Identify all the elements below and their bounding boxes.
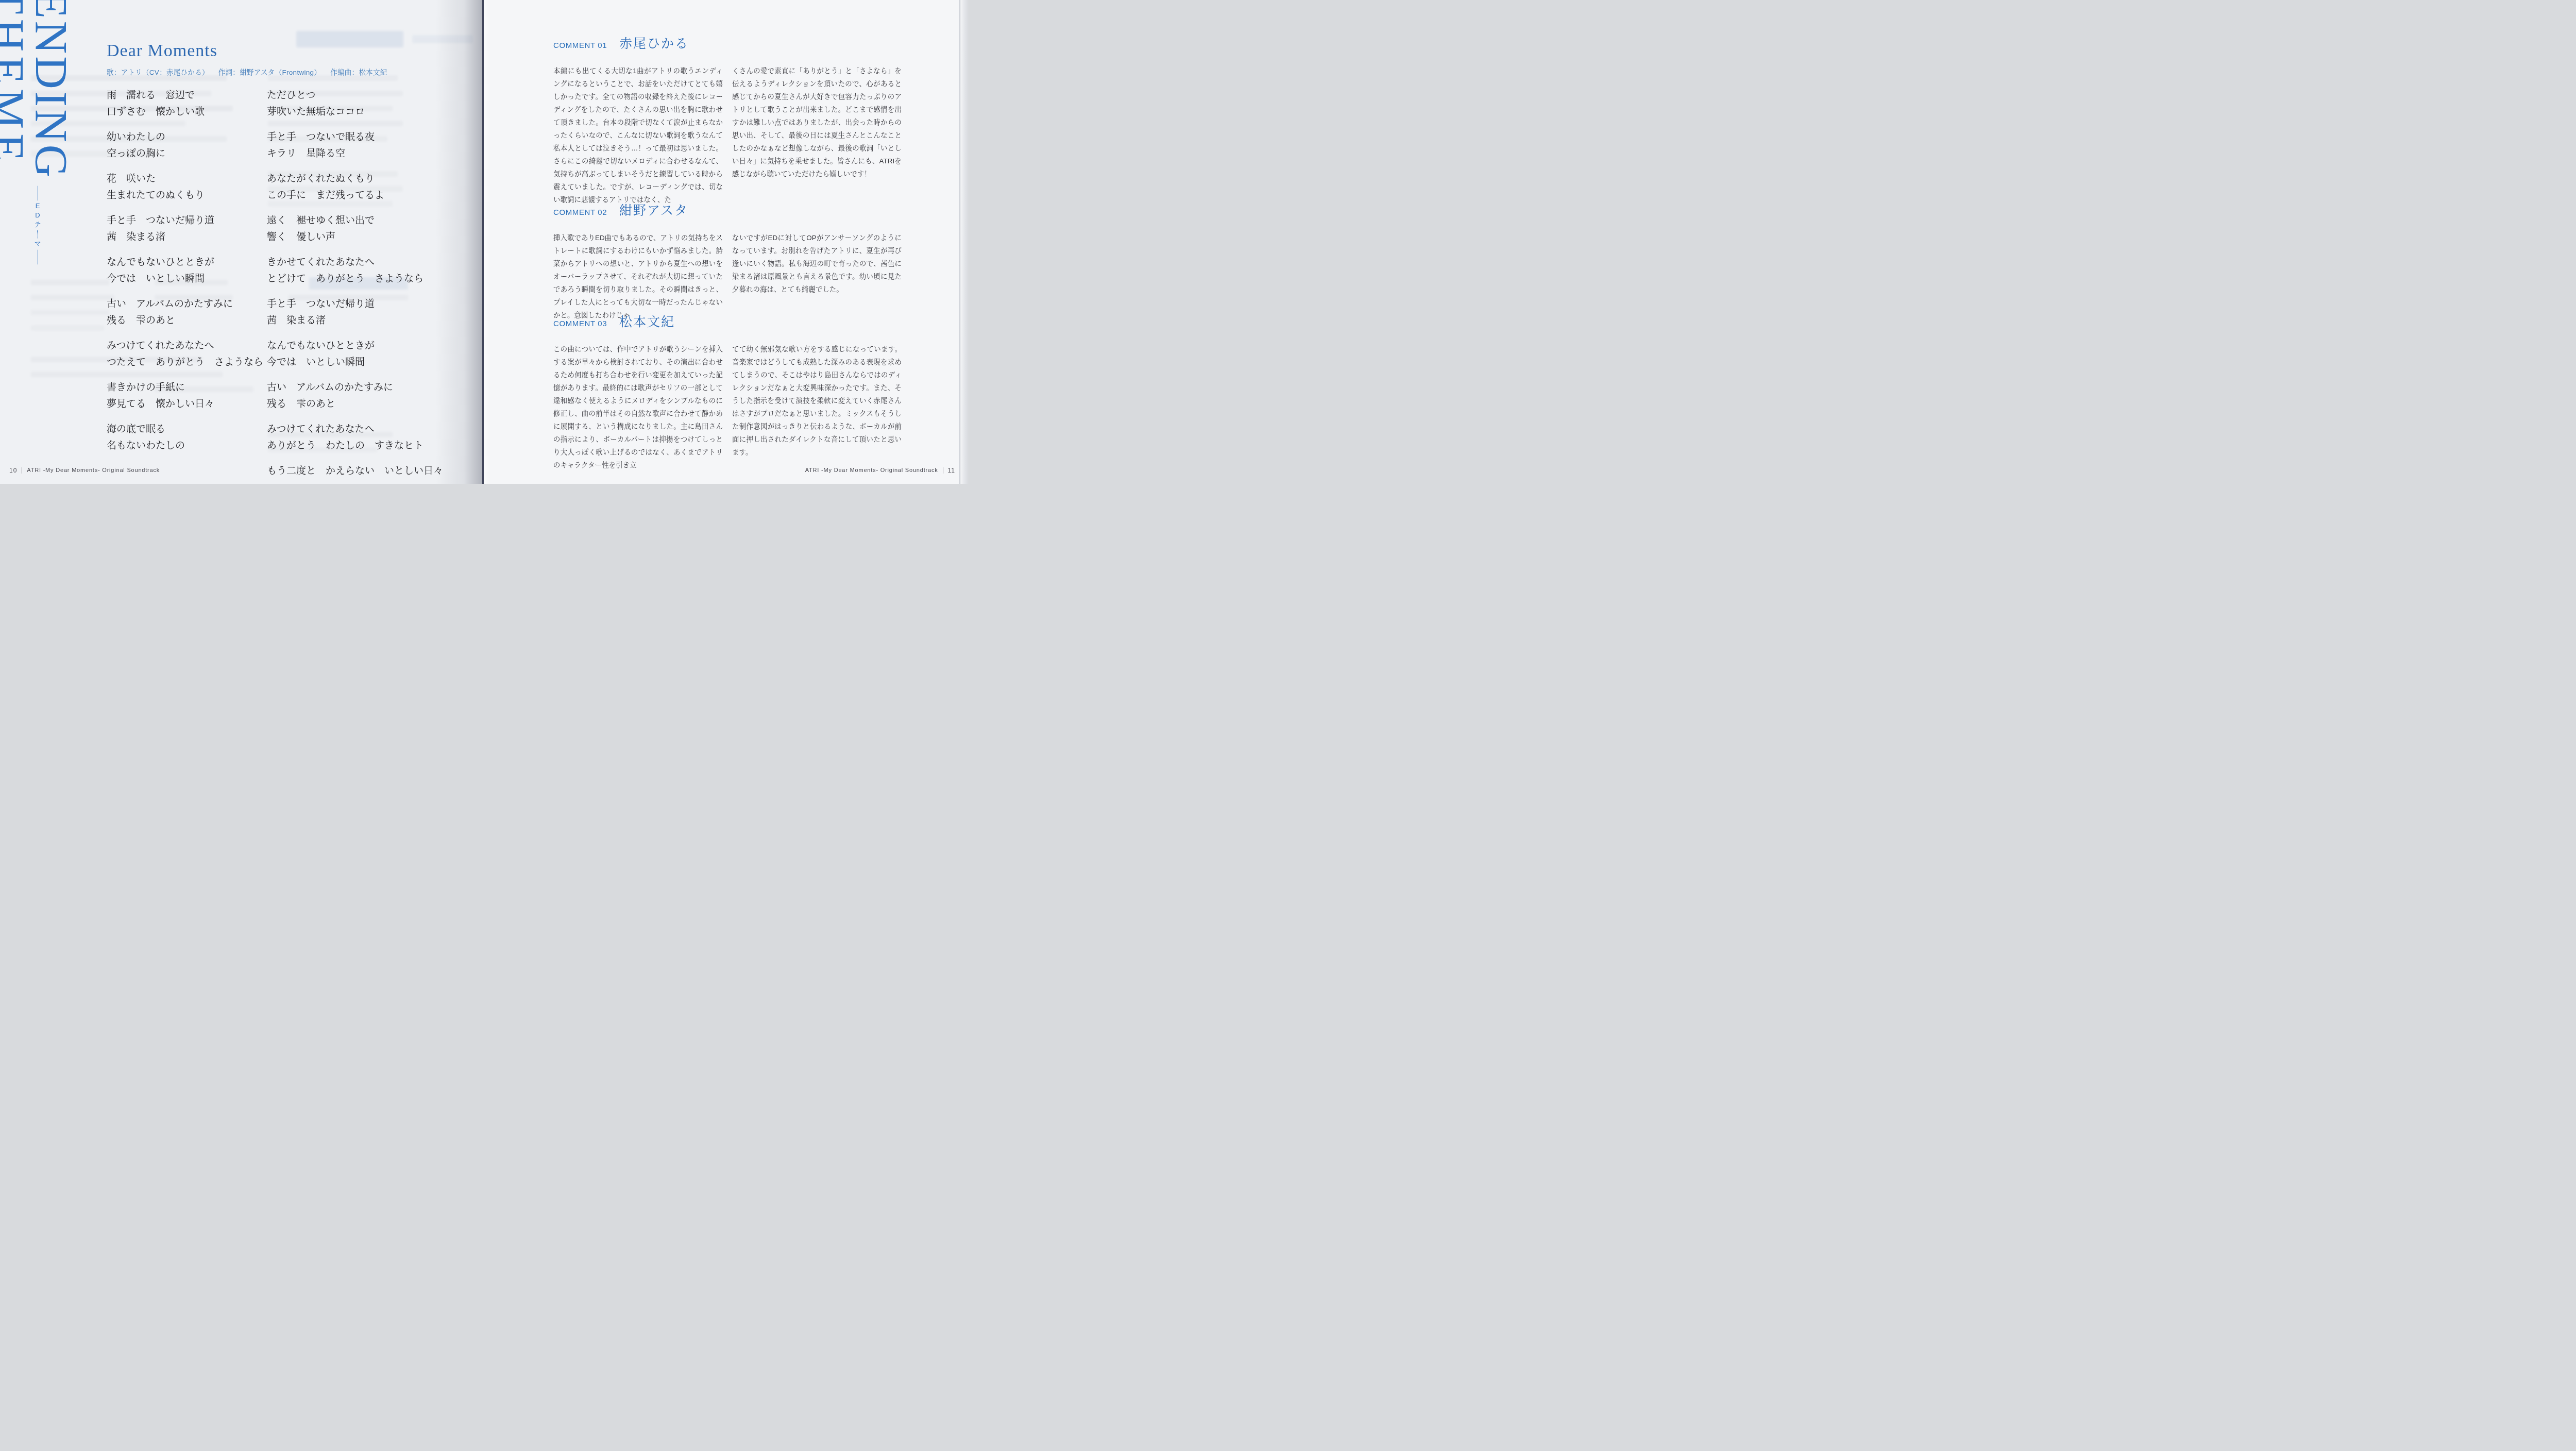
page-edge	[959, 0, 969, 484]
lyric-line: 今では いとしい瞬間	[107, 271, 263, 288]
lyric-line: 口ずさむ 懐かしい歌	[107, 104, 263, 121]
lyric-line: なんでもないひとときが	[107, 255, 263, 271]
lyric-stanza: なんでもないひとときが 今では いとしい瞬間	[107, 255, 263, 288]
lyric-line: なんでもないひとときが	[267, 338, 443, 355]
lyric-line: 茜 染まる渚	[267, 313, 443, 329]
comment-name: 赤尾ひかる	[619, 36, 689, 53]
lyric-line: キラリ 星降る空	[267, 146, 443, 162]
ed-dash: ー	[33, 229, 42, 240]
lyric-line: みつけてくれたあなたへ	[267, 421, 443, 438]
lyric-stanza: みつけてくれたあなたへ ありがとう わたしの すきなヒト	[267, 421, 443, 454]
lyrics-column-1: 雨 濡れる 窓辺で 口ずさむ 懐かしい歌 幼いわたしの 空っぽの胸に 花 咲いた…	[107, 88, 263, 463]
lyric-line: 茜 染まる渚	[107, 229, 263, 246]
lyric-line: この手に まだ残ってるよ	[267, 188, 443, 204]
comment-section-1: COMMENT 01 赤尾ひかる 本編にも出てくる大切な1曲がアトリの歌うエンデ…	[553, 36, 902, 206]
song-credits: 歌：アトリ（CV：赤尾ひかる） 作詞：紺野アスタ（Frontwing） 作編曲：…	[107, 66, 387, 77]
bleed-through-text	[31, 280, 109, 285]
lyric-line: 遠く 褪せゆく想い出で あ	[267, 213, 443, 229]
gutter-shadow	[435, 0, 483, 484]
page-number: 10	[9, 467, 17, 474]
comment-column: この曲については、作中でアトリが歌うシーンを挿入する案が早々から検討されており、…	[553, 343, 723, 471]
lyric-stanza: もう二度と かえらない いとしい日々	[267, 463, 443, 480]
furigana-annotation: あ	[298, 211, 303, 228]
lyric-line: ただひとつ	[267, 88, 443, 104]
lyric-text: 遠く 褪せゆく想い出で	[267, 215, 375, 226]
lyric-line: ありがとう わたしの すきなヒト	[267, 438, 443, 454]
bleed-through-text	[31, 295, 114, 300]
ed-theme-vertical-label: — E D テ ー マ —	[33, 185, 42, 265]
ed-char: マ	[34, 240, 41, 248]
page-number: 11	[948, 467, 955, 474]
lyric-line: 書きかけの手紙に	[107, 380, 263, 396]
lyric-stanza: 幼いわたしの 空っぽの胸に	[107, 129, 263, 162]
footer-right: ATRI -My Dear Moments- Original Soundtra…	[805, 467, 955, 474]
page-right: COMMENT 01 赤尾ひかる 本編にも出てくる大切な1曲がアトリの歌うエンデ…	[484, 0, 959, 484]
comment-body: 本編にも出てくる大切な1曲がアトリの歌うエンディングになるということで、お話をい…	[553, 64, 902, 206]
lyric-line: 海の底で眠る	[107, 421, 263, 438]
album-title: ATRI -My Dear Moments- Original Soundtra…	[27, 467, 160, 474]
lyric-line: あなたがくれたぬくもり	[267, 171, 443, 188]
lyric-stanza: 雨 濡れる 窓辺で 口ずさむ 懐かしい歌	[107, 88, 263, 121]
comment-label: COMMENT 01	[553, 38, 607, 54]
lyric-line: 幼いわたしの	[107, 129, 263, 146]
lyric-line: 名もないわたしの	[107, 438, 263, 454]
lyric-line: 夢見てる 懐かしい日々	[107, 396, 263, 413]
lyric-line: 響く 優しい声	[267, 229, 443, 246]
divider-bar	[22, 467, 22, 474]
bleed-through-text	[296, 31, 403, 47]
comment-section-3: COMMENT 03 松本文紀 この曲については、作中でアトリが歌うシーンを挿入…	[553, 314, 902, 471]
lyric-line: 雨 濡れる 窓辺で	[107, 88, 263, 104]
ed-char: テ	[34, 221, 41, 229]
theme-vertical-text: THEME	[0, 0, 30, 166]
lyric-line: 手と手 つないで眠る夜	[267, 129, 443, 146]
ending-vertical-text: ENDING	[28, 0, 73, 180]
ed-char: D	[35, 212, 40, 220]
comment-body: 挿入歌でありED曲でもあるので、アトリの気持ちをストレートに歌詞にするわけにもい…	[553, 231, 902, 322]
lyric-line: 手と手 つないだ帰り道	[267, 296, 443, 313]
comment-label: COMMENT 02	[553, 205, 607, 221]
gutter-highlight	[484, 0, 491, 484]
lyrics-column-2: ただひとつ 芽吹いた無垢なココロ 手と手 つないで眠る夜 キラリ 星降る空 あな…	[267, 88, 443, 484]
ed-char: E	[36, 203, 40, 210]
lyric-stanza: あなたがくれたぬくもり この手に まだ残ってるよ	[267, 171, 443, 204]
lyric-line: みつけてくれたあなたへ	[107, 338, 263, 355]
lyric-stanza: 手と手 つないで眠る夜 キラリ 星降る空	[267, 129, 443, 162]
page-left: ENDING THEME — E D テ ー マ — Dear Moments …	[0, 0, 483, 484]
comment-column: 本編にも出てくる大切な1曲がアトリの歌うエンディングになるということで、お話をい…	[553, 64, 723, 206]
lyric-line: 古い アルバムのかたすみに	[107, 296, 263, 313]
credit-vocal: 歌：アトリ（CV：赤尾ひかる）	[107, 66, 209, 77]
bleed-through-text	[31, 310, 109, 315]
lyric-line: 生まれたてのぬくもり	[107, 188, 263, 204]
lyric-line: 残る 雫のあと	[267, 396, 443, 413]
ed-dash: —	[30, 249, 45, 264]
comment-column: ないですがEDに対してOPがアンサーソングのようになっています。お別れを告げたア…	[732, 231, 902, 322]
lyric-stanza: きかせてくれたあなたへ とどけて ありがとう さようなら	[267, 255, 443, 288]
credit-composer: 作編曲：松本文紀	[330, 66, 387, 77]
booklet-spread: ENDING THEME — E D テ ー マ — Dear Moments …	[0, 0, 969, 484]
lyric-line: もう二度と かえらない いとしい日々	[267, 463, 443, 480]
ed-dash: —	[30, 186, 45, 201]
lyric-stanza: 花 咲いた 生まれたてのぬくもり	[107, 171, 263, 204]
gutter-fold-line	[482, 0, 484, 484]
lyric-line: 手と手 つないだ帰り道	[107, 213, 263, 229]
comment-body: この曲については、作中でアトリが歌うシーンを挿入する案が早々から検討されており、…	[553, 343, 902, 471]
comment-label: COMMENT 03	[553, 316, 607, 332]
lyric-stanza: 手と手 つないだ帰り道 茜 染まる渚	[107, 213, 263, 246]
lyric-line: 芽吹いた無垢なココロ	[267, 104, 443, 121]
lyric-stanza: 手と手 つないだ帰り道 茜 染まる渚	[267, 296, 443, 329]
lyric-stanza: 書きかけの手紙に 夢見てる 懐かしい日々	[107, 380, 263, 413]
lyric-line: 古い アルバムのかたすみに	[267, 380, 443, 396]
comment-section-2: COMMENT 02 紺野アスタ 挿入歌でありED曲でもあるので、アトリの気持ち…	[553, 203, 902, 322]
lyric-line: 残る 雫のあと	[107, 313, 263, 329]
comment-name: 紺野アスタ	[619, 203, 688, 220]
bleed-through-text	[31, 325, 104, 331]
divider-bar	[943, 467, 943, 474]
lyric-line: とどけて ありがとう さようなら	[267, 271, 443, 288]
song-title: Dear Moments	[107, 41, 217, 61]
lyric-stanza: なんでもないひとときが 今では いとしい瞬間	[267, 338, 443, 371]
lyric-stanza: 古い アルバムのかたすみに 残る 雫のあと	[107, 296, 263, 329]
lyric-line: 花 咲いた	[107, 171, 263, 188]
comment-header: COMMENT 01 赤尾ひかる	[553, 36, 902, 54]
footer-left: 10 ATRI -My Dear Moments- Original Sound…	[9, 467, 160, 474]
lyric-stanza: 遠く 褪せゆく想い出で あ 響く 優しい声	[267, 213, 443, 246]
comment-header: COMMENT 02 紺野アスタ	[553, 203, 902, 221]
lyric-stanza: 海の底で眠る 名もないわたしの	[107, 421, 263, 454]
comment-column: てて幼く無邪気な歌い方をする感じになっています。音楽家ではどうしても成熟した深み…	[732, 343, 902, 471]
lyric-stanza: ただひとつ 芽吹いた無垢なココロ	[267, 88, 443, 121]
credit-lyrics: 作詞：紺野アスタ（Frontwing）	[218, 66, 321, 77]
lyric-line: 空っぽの胸に	[107, 146, 263, 162]
comment-name: 松本文紀	[619, 314, 675, 331]
album-title: ATRI -My Dear Moments- Original Soundtra…	[805, 467, 938, 474]
lyric-stanza: 古い アルバムのかたすみに 残る 雫のあと	[267, 380, 443, 413]
lyric-line: つたえて ありがとう さようなら	[107, 355, 263, 371]
comment-column: 挿入歌でありED曲でもあるので、アトリの気持ちをストレートに歌詞にするわけにもい…	[553, 231, 723, 322]
lyric-stanza: みつけてくれたあなたへ つたえて ありがとう さようなら	[107, 338, 263, 371]
comment-column: くさんの愛で素直に「ありがとう」と「さよなら」を伝えるようディレクションを頂いた…	[732, 64, 902, 206]
comment-header: COMMENT 03 松本文紀	[553, 314, 902, 332]
lyric-line: きかせてくれたあなたへ	[267, 255, 443, 271]
lyric-line: 今では いとしい瞬間	[267, 355, 443, 371]
